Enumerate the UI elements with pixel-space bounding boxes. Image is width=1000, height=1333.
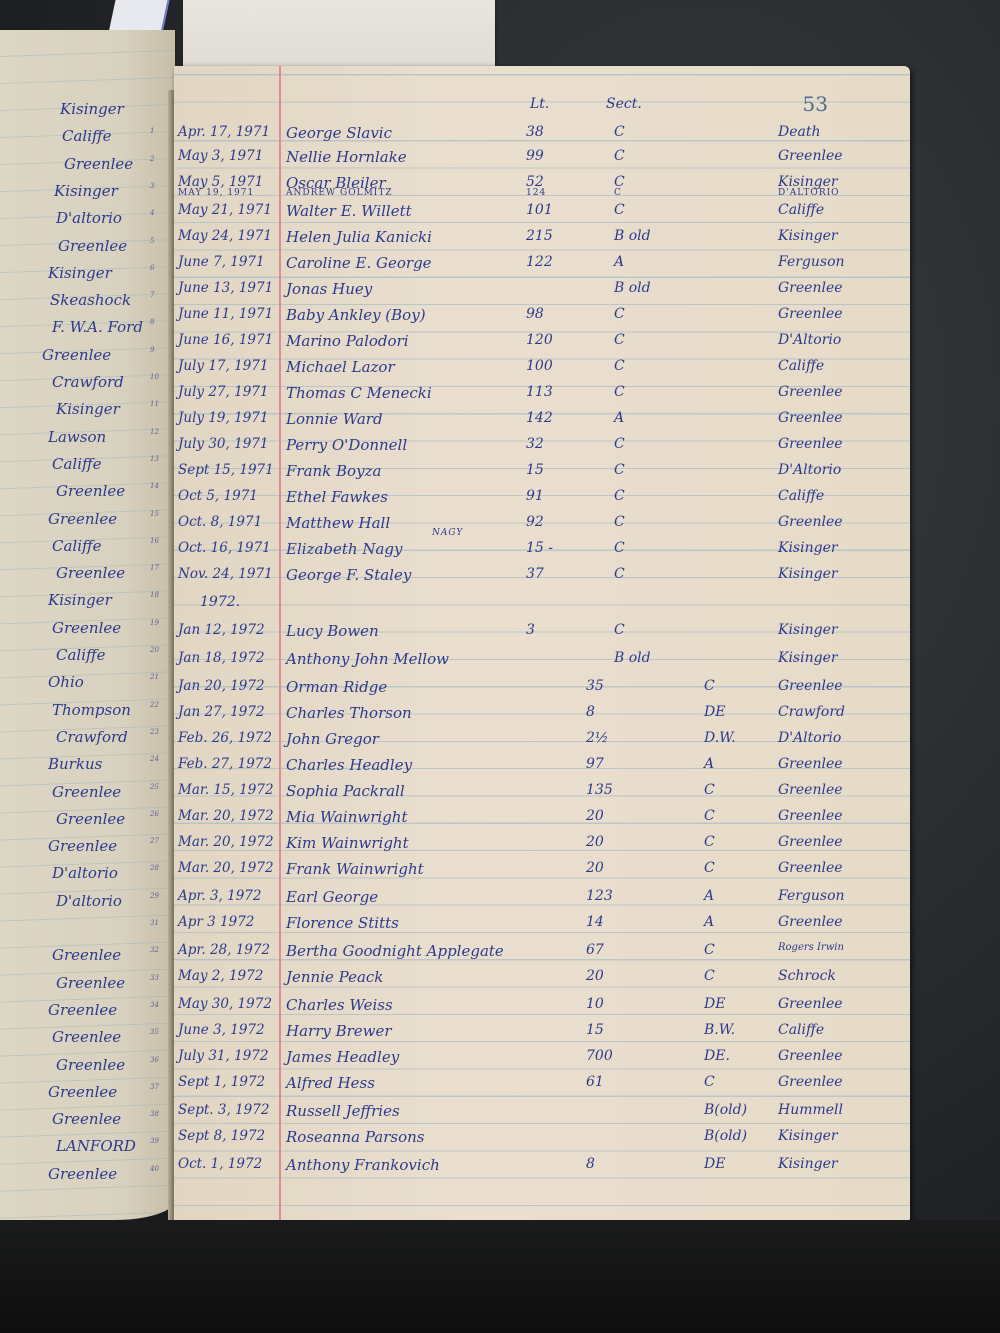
ledger-row: Nov. 24, 1971George F. Staley37CKisinger xyxy=(174,566,910,590)
ledger-row: Sept 1, 1972Alfred Hess61CGreenlee xyxy=(174,1074,910,1098)
ledger-row: May 21, 1971Walter E. Willett101CCaliffe xyxy=(174,202,910,226)
entry-date: July 31, 1972 xyxy=(178,1048,268,1064)
funeral-home-name: Greenlee xyxy=(48,1001,117,1019)
section-code: C xyxy=(614,306,625,322)
section-column-header: Sect. xyxy=(606,96,642,112)
section-code: C xyxy=(614,188,622,198)
left-page-entry: Califfe16 xyxy=(0,537,170,561)
lot-number: 97 xyxy=(586,756,604,772)
section-code: B.W. xyxy=(704,1022,735,1038)
ledger-row: Feb. 26, 1972John Gregor2½D.W.D'Altorio xyxy=(174,730,910,754)
funeral-home: Greenlee xyxy=(778,834,843,850)
entry-date: Nov. 24, 1971 xyxy=(178,566,273,582)
deceased-name: Nellie Hornlake xyxy=(286,148,407,166)
entry-index: 38 xyxy=(150,1110,159,1118)
deceased-name: Charles Headley xyxy=(286,756,412,774)
ledger-row: May 30, 1972Charles Weiss10DEGreenlee xyxy=(174,996,910,1020)
entry-date: July 27, 1971 xyxy=(178,384,268,400)
funeral-home-name: Lawson xyxy=(48,428,106,446)
funeral-home: Rogers Irwin xyxy=(778,942,844,953)
funeral-home-name: Greenlee xyxy=(42,346,111,364)
section-code: A xyxy=(614,410,624,426)
entry-index: 9 xyxy=(150,346,154,354)
entry-date: July 30, 1971 xyxy=(178,436,268,452)
ledger-row: June 11, 1971Baby Ankley (Boy)98CGreenle… xyxy=(174,306,910,330)
section-code: B old xyxy=(614,650,651,666)
entry-date: Feb. 26, 1972 xyxy=(178,730,272,746)
section-code: C xyxy=(614,358,625,374)
funeral-home: Kisinger xyxy=(778,1128,838,1144)
funeral-home: Schrock xyxy=(778,968,836,984)
funeral-home-name: Greenlee xyxy=(56,974,125,992)
ledger-row: May 3, 1971Nellie Hornlake99CGreenlee xyxy=(174,148,910,172)
section-code: C xyxy=(614,622,625,638)
left-page-entry: Califfe20 xyxy=(0,646,170,670)
entry-index: 26 xyxy=(150,810,159,818)
funeral-home-name: Greenlee xyxy=(58,237,127,255)
left-page-entry: Kisinger3 xyxy=(0,182,170,206)
funeral-home: Kisinger xyxy=(778,650,838,666)
lot-number: 14 xyxy=(586,914,604,930)
funeral-home-name: Greenlee xyxy=(48,1165,117,1183)
section-code: B(old) xyxy=(704,1102,747,1118)
section-code: D.W. xyxy=(704,730,736,746)
left-page-entry: Greenlee37 xyxy=(0,1083,170,1107)
section-code: A xyxy=(704,756,714,772)
deceased-name: Frank Wainwright xyxy=(286,860,424,878)
ledger-row: Jan 12, 1972Lucy Bowen3CKisinger xyxy=(174,622,910,646)
entry-index: 39 xyxy=(150,1137,159,1145)
left-page-entry: Greenlee17 xyxy=(0,564,170,588)
entry-date: June 16, 1971 xyxy=(178,332,273,348)
deceased-name: Russell Jeffries xyxy=(286,1102,400,1120)
left-page-entry: Skeashock7 xyxy=(0,291,170,315)
entry-date: Oct. 16, 1971 xyxy=(178,540,271,556)
entry-index: 36 xyxy=(150,1056,159,1064)
left-page-entry: Crawford10 xyxy=(0,373,170,397)
section-code: C xyxy=(614,540,625,556)
lot-number: 700 xyxy=(586,1048,613,1064)
funeral-home: Califfe xyxy=(778,1022,824,1038)
funeral-home-name: Kisinger xyxy=(60,100,124,118)
entry-index: 35 xyxy=(150,1028,159,1036)
entry-index: 11 xyxy=(150,400,159,408)
lot-number: 32 xyxy=(526,436,544,452)
left-page-entry: D'altorio29 xyxy=(0,892,170,916)
lot-number: 142 xyxy=(526,410,553,426)
entry-index: 13 xyxy=(150,455,159,463)
lot-number: 98 xyxy=(526,306,544,322)
section-code: C xyxy=(704,782,715,798)
deceased-name: Orman Ridge xyxy=(286,678,387,696)
lot-number: 91 xyxy=(526,488,544,504)
section-code: C xyxy=(614,436,625,452)
name-correction-note: NAGY xyxy=(432,528,463,538)
funeral-home: Greenlee xyxy=(778,756,843,772)
funeral-home: D'Altorio xyxy=(778,730,841,746)
lot-number: 8 xyxy=(586,1156,595,1172)
funeral-home: Greenlee xyxy=(778,410,843,426)
funeral-home-name: Greenlee xyxy=(56,1056,125,1074)
entry-date: Jan 12, 1972 xyxy=(178,622,265,638)
entry-date: May 3, 1971 xyxy=(178,148,263,164)
left-page-entry: Lawson12 xyxy=(0,428,170,452)
entry-date: Apr 3 1972 xyxy=(178,914,254,930)
lot-number: 15 xyxy=(526,462,544,478)
left-page-entry: Greenlee19 xyxy=(0,619,170,643)
entry-date: Jan 20, 1972 xyxy=(178,678,265,694)
deceased-name: Roseanna Parsons xyxy=(286,1128,425,1146)
entry-index: 2 xyxy=(150,155,154,163)
deceased-name: Charles Weiss xyxy=(286,996,393,1014)
entry-date: Jan 27, 1972 xyxy=(178,704,265,720)
entry-index: 1 xyxy=(150,127,154,135)
ledger-row: Apr. 28, 1972Bertha Goodnight Applegate6… xyxy=(174,942,910,966)
page-number: 53 xyxy=(803,92,828,116)
entry-date: Apr. 17, 1971 xyxy=(178,124,270,140)
left-page-entry: Greenlee9 xyxy=(0,346,170,370)
funeral-home-name: Kisinger xyxy=(54,182,118,200)
left-page-entry: Ohio21 xyxy=(0,673,170,697)
ledger-row: July 17, 1971Michael Lazor100CCaliffe xyxy=(174,358,910,382)
ledger-row: Sept 15, 1971Frank Boyza15CD'Altorio xyxy=(174,462,910,486)
funeral-home-name: Califfe xyxy=(62,127,112,145)
funeral-home: Califfe xyxy=(778,202,824,218)
lot-number: 101 xyxy=(526,202,553,218)
funeral-home: D'Altorio xyxy=(778,188,840,198)
entry-date: Sept. 3, 1972 xyxy=(178,1102,269,1118)
entry-index: 14 xyxy=(150,482,159,490)
section-code: A xyxy=(614,254,624,270)
ledger-row: July 31, 1972James Headley700DE.Greenlee xyxy=(174,1048,910,1072)
section-code: DE xyxy=(704,996,725,1012)
section-code: DE xyxy=(704,704,725,720)
deceased-name: Ethel Fawkes xyxy=(286,488,388,506)
entry-date: Apr. 28, 1972 xyxy=(178,942,270,958)
deceased-name: Earl George xyxy=(286,888,378,906)
funeral-home-name: F. W.A. Ford xyxy=(52,318,143,336)
deceased-name: Michael Lazor xyxy=(286,358,395,376)
funeral-home-name: Skeashock xyxy=(50,291,131,309)
ledger-row: May 2, 1972Jennie Peack20CSchrock xyxy=(174,968,910,992)
funeral-home-name: Califfe xyxy=(52,455,102,473)
lot-number: 20 xyxy=(586,968,604,984)
ledger-row: July 27, 1971Thomas C Menecki113CGreenle… xyxy=(174,384,910,408)
funeral-home-name: Greenlee xyxy=(52,946,121,964)
deceased-name: Alfred Hess xyxy=(286,1074,375,1092)
lot-number: 15 - xyxy=(526,540,553,556)
funeral-home: Greenlee xyxy=(778,782,843,798)
ledger-row: June 3, 1972Harry Brewer15B.W.Califfe xyxy=(174,1022,910,1046)
section-code: C xyxy=(704,942,715,958)
section-code: C xyxy=(614,514,625,530)
entry-index: 31 xyxy=(150,919,159,927)
deceased-name: Thomas C Menecki xyxy=(286,384,432,402)
funeral-home-name: Kisinger xyxy=(48,591,112,609)
funeral-home: Greenlee xyxy=(778,1048,843,1064)
ledger-row: Oct. 16, 1971Elizabeth Nagy15 -CKisinger xyxy=(174,540,910,564)
funeral-home: Kisinger xyxy=(778,566,838,582)
ledger-row: Jan 18, 1972Anthony John MellowB oldKisi… xyxy=(174,650,910,674)
funeral-home: Ferguson xyxy=(778,888,845,904)
entry-index: 21 xyxy=(150,673,159,681)
ledger-row: June 13, 1971Jonas HueyB oldGreenlee xyxy=(174,280,910,304)
section-code: C xyxy=(614,566,625,582)
lot-number: 92 xyxy=(526,514,544,530)
left-page-entry: Greenlee32 xyxy=(0,946,170,970)
ledger-row: Mar. 20, 1972Mia Wainwright20CGreenlee xyxy=(174,808,910,832)
funeral-home: Greenlee xyxy=(778,1074,843,1090)
left-page-entry: Kisinger6 xyxy=(0,264,170,288)
deceased-name: Jonas Huey xyxy=(286,280,372,298)
funeral-home: Hummell xyxy=(778,1102,843,1118)
section-code: C xyxy=(614,488,625,504)
left-page-entry: Greenlee2 xyxy=(0,155,170,179)
lot-number: 67 xyxy=(586,942,604,958)
funeral-home: Greenlee xyxy=(778,914,843,930)
section-code: C xyxy=(614,202,625,218)
funeral-home: Greenlee xyxy=(778,678,843,694)
ledger-row: Feb. 27, 1972Charles Headley97AGreenlee xyxy=(174,756,910,780)
entry-index: 33 xyxy=(150,974,159,982)
funeral-home: Kisinger xyxy=(778,540,838,556)
left-page-entry: Greenlee26 xyxy=(0,810,170,834)
entry-index: 3 xyxy=(150,182,154,190)
left-page-entry: LANFORD39 xyxy=(0,1137,170,1161)
lot-number: 120 xyxy=(526,332,553,348)
section-code: C xyxy=(704,1074,715,1090)
ledger-row: Jan 27, 1972Charles Thorson8DECrawford xyxy=(174,704,910,728)
funeral-home-name: Greenlee xyxy=(64,155,133,173)
entry-index: 16 xyxy=(150,537,159,545)
lot-number: 8 xyxy=(586,704,595,720)
lot-number: 20 xyxy=(586,834,604,850)
funeral-home-name: Califfe xyxy=(56,646,106,664)
deceased-name: Anthony Frankovich xyxy=(286,1156,440,1174)
funeral-home: Ferguson xyxy=(778,254,845,270)
lot-number: 135 xyxy=(586,782,613,798)
ledger-row: Oct. 1, 1972Anthony Frankovich8DEKisinge… xyxy=(174,1156,910,1180)
funeral-home-name: D'altorio xyxy=(52,864,118,882)
deceased-name: James Headley xyxy=(286,1048,399,1066)
entry-index: 10 xyxy=(150,373,159,381)
section-code: B old xyxy=(614,280,651,296)
funeral-home: Greenlee xyxy=(778,860,843,876)
deceased-name: Kim Wainwright xyxy=(286,834,409,852)
lot-number: 38 xyxy=(526,124,544,140)
entry-index: 12 xyxy=(150,428,159,436)
entry-index: 5 xyxy=(150,237,154,245)
entry-date: Sept 15, 1971 xyxy=(178,462,274,478)
left-page-entry: Crawford23 xyxy=(0,728,170,752)
deceased-name: Caroline E. George xyxy=(286,254,432,272)
section-code: B(old) xyxy=(704,1128,747,1144)
entry-index: 6 xyxy=(150,264,154,272)
entry-date: Oct 5, 1971 xyxy=(178,488,258,504)
entry-index: 8 xyxy=(150,318,154,326)
ledger-row: June 16, 1971Marino Palodori120CD'Altori… xyxy=(174,332,910,356)
funeral-home: D'Altorio xyxy=(778,332,841,348)
ledger-row: Oct. 8, 1971Matthew Hall92CGreenlee xyxy=(174,514,910,538)
deceased-name: John Gregor xyxy=(286,730,379,748)
deceased-name: Lonnie Ward xyxy=(286,410,383,428)
entry-index: 27 xyxy=(150,837,159,845)
deceased-name: Jennie Peack xyxy=(286,968,383,986)
section-code: C xyxy=(704,968,715,984)
entry-index: 15 xyxy=(150,510,159,518)
section-code: C xyxy=(614,384,625,400)
deceased-name: Anthony John Mellow xyxy=(286,650,449,668)
deceased-name: Helen Julia Kanicki xyxy=(286,228,432,246)
section-code: C xyxy=(614,332,625,348)
right-ledger-page: 53 Lt. Sect. Apr. 17, 1971George Slavic3… xyxy=(174,66,910,1224)
funeral-home-name: Ohio xyxy=(48,673,84,691)
table-surface xyxy=(0,1220,1000,1333)
section-code: C xyxy=(704,808,715,824)
left-page-entry: Greenlee36 xyxy=(0,1056,170,1080)
funeral-home-name: Kisinger xyxy=(56,400,120,418)
deceased-name: Andrew Golmitz xyxy=(286,188,393,198)
funeral-home-name: Greenlee xyxy=(52,1028,121,1046)
funeral-home-name: LANFORD xyxy=(56,1137,136,1155)
entry-date: June 11, 1971 xyxy=(178,306,273,322)
lot-column-header: Lt. xyxy=(530,96,549,112)
ledger-row: June 7, 1971Caroline E. George122AFergus… xyxy=(174,254,910,278)
lot-number: 37 xyxy=(526,566,544,582)
left-page-entry: Califfe13 xyxy=(0,455,170,479)
section-code: C xyxy=(704,678,715,694)
deceased-name: George F. Staley xyxy=(286,566,411,584)
funeral-home-name: Greenlee xyxy=(52,783,121,801)
deceased-name: Baby Ankley (Boy) xyxy=(286,306,426,324)
deceased-name: George Slavic xyxy=(286,124,392,142)
deceased-name: Perry O'Donnell xyxy=(286,436,407,454)
funeral-home-name: Greenlee xyxy=(48,510,117,528)
entry-date: May 19, 1971 xyxy=(178,188,254,198)
funeral-home: Crawford xyxy=(778,704,845,720)
entry-date: Apr. 3, 1972 xyxy=(178,888,261,904)
section-code: C xyxy=(704,860,715,876)
lot-number: 122 xyxy=(526,254,553,270)
left-page-entry: Kisinger18 xyxy=(0,591,170,615)
funeral-home-name: Greenlee xyxy=(48,837,117,855)
funeral-home-name: Greenlee xyxy=(56,482,125,500)
section-code: B old xyxy=(614,228,651,244)
funeral-home-name: Kisinger xyxy=(48,264,112,282)
funeral-home: Kisinger xyxy=(778,228,838,244)
left-page-entry: Greenlee40 xyxy=(0,1165,170,1189)
entry-index: 29 xyxy=(150,892,159,900)
lot-number: 20 xyxy=(586,808,604,824)
deceased-name: Sophia Packrall xyxy=(286,782,405,800)
lot-number: 2½ xyxy=(586,730,608,746)
left-page-entry: Califfe1 xyxy=(0,127,170,151)
entry-date: May 24, 1971 xyxy=(178,228,272,244)
deceased-name: Mia Wainwright xyxy=(286,808,407,826)
entry-date: Jan 18, 1972 xyxy=(178,650,265,666)
entry-date: May 2, 1972 xyxy=(178,968,263,984)
funeral-home-name: Thompson xyxy=(52,701,131,719)
ledger-row: July 19, 1971Lonnie Ward142AGreenlee xyxy=(174,410,910,434)
lot-number: 113 xyxy=(526,384,553,400)
funeral-home: Kisinger xyxy=(778,622,838,638)
ledger-row: Apr. 17, 1971George Slavic38CDeath xyxy=(174,124,910,148)
entry-index: 4 xyxy=(150,209,154,217)
entry-date: July 19, 1971 xyxy=(178,410,268,426)
deceased-name: Marino Palodori xyxy=(286,332,409,350)
ledger-row: Mar. 15, 1972Sophia Packrall135CGreenlee xyxy=(174,782,910,806)
ledger-row: Sept. 3, 1972Russell JeffriesB(old)Humme… xyxy=(174,1102,910,1126)
lot-number: 99 xyxy=(526,148,544,164)
entry-index: 40 xyxy=(150,1165,159,1173)
left-page-entry: Greenlee25 xyxy=(0,783,170,807)
deceased-name: Florence Stitts xyxy=(286,914,399,932)
funeral-home: Greenlee xyxy=(778,996,843,1012)
deceased-name: Elizabeth Nagy xyxy=(286,540,402,558)
section-code: C xyxy=(614,462,625,478)
ledger-row: Apr 3 1972Florence Stitts14AGreenlee xyxy=(174,914,910,938)
left-ledger-page: KisingerCaliffe1Greenlee2Kisinger3D'alto… xyxy=(0,30,175,1220)
entry-index: 7 xyxy=(150,291,154,299)
section-code: C xyxy=(614,148,625,164)
left-page-entry: Kisinger11 xyxy=(0,400,170,424)
ledger-row: Apr. 3, 1972Earl George123AFerguson xyxy=(174,888,910,912)
lot-number: 35 xyxy=(586,678,604,694)
entry-date: June 7, 1971 xyxy=(178,254,265,270)
lot-number: 61 xyxy=(586,1074,604,1090)
lot-number: 20 xyxy=(586,860,604,876)
funeral-home-name: Crawford xyxy=(52,373,124,391)
entry-date: Oct. 8, 1971 xyxy=(178,514,262,530)
ledger-row: Sept 8, 1972Roseanna ParsonsB(old)Kising… xyxy=(174,1128,910,1152)
funeral-home: Greenlee xyxy=(778,384,843,400)
year-divider: 1972. xyxy=(200,594,240,610)
left-page-entry: Burkus24 xyxy=(0,755,170,779)
ledger-row: May 24, 1971Helen Julia Kanicki215B oldK… xyxy=(174,228,910,252)
funeral-home-name: Califfe xyxy=(52,537,102,555)
entry-index: 23 xyxy=(150,728,159,736)
funeral-home-name: Greenlee xyxy=(48,1083,117,1101)
funeral-home-name: Greenlee xyxy=(56,810,125,828)
ledger-row: Mar. 20, 1972Kim Wainwright20CGreenlee xyxy=(174,834,910,858)
entry-index: 28 xyxy=(150,864,159,872)
lot-number: 100 xyxy=(526,358,553,374)
entry-date: Feb. 27, 1972 xyxy=(178,756,272,772)
left-page-entry: Greenlee14 xyxy=(0,482,170,506)
left-page-entry: Greenlee35 xyxy=(0,1028,170,1052)
left-page-entry: Greenlee38 xyxy=(0,1110,170,1134)
lot-number: 3 xyxy=(526,622,535,638)
funeral-home: Greenlee xyxy=(778,280,843,296)
funeral-home-name: Greenlee xyxy=(52,619,121,637)
entry-index: 34 xyxy=(150,1001,159,1009)
lot-number: 215 xyxy=(526,228,553,244)
deceased-name: Matthew Hall xyxy=(286,514,390,532)
left-page-entry: 31 xyxy=(0,919,170,943)
funeral-home: D'Altorio xyxy=(778,462,841,478)
lot-number: 123 xyxy=(586,888,613,904)
entry-date: Sept 8, 1972 xyxy=(178,1128,265,1144)
entry-date: Mar. 15, 1972 xyxy=(178,782,274,798)
left-page-entry: Greenlee27 xyxy=(0,837,170,861)
entry-date: Mar. 20, 1972 xyxy=(178,808,274,824)
left-page-entry: Kisinger xyxy=(0,100,170,124)
funeral-home-name: Greenlee xyxy=(52,1110,121,1128)
funeral-home: Greenlee xyxy=(778,808,843,824)
left-page-entry: D'altorio28 xyxy=(0,864,170,888)
funeral-home: Greenlee xyxy=(778,436,843,452)
section-code: A xyxy=(704,888,714,904)
